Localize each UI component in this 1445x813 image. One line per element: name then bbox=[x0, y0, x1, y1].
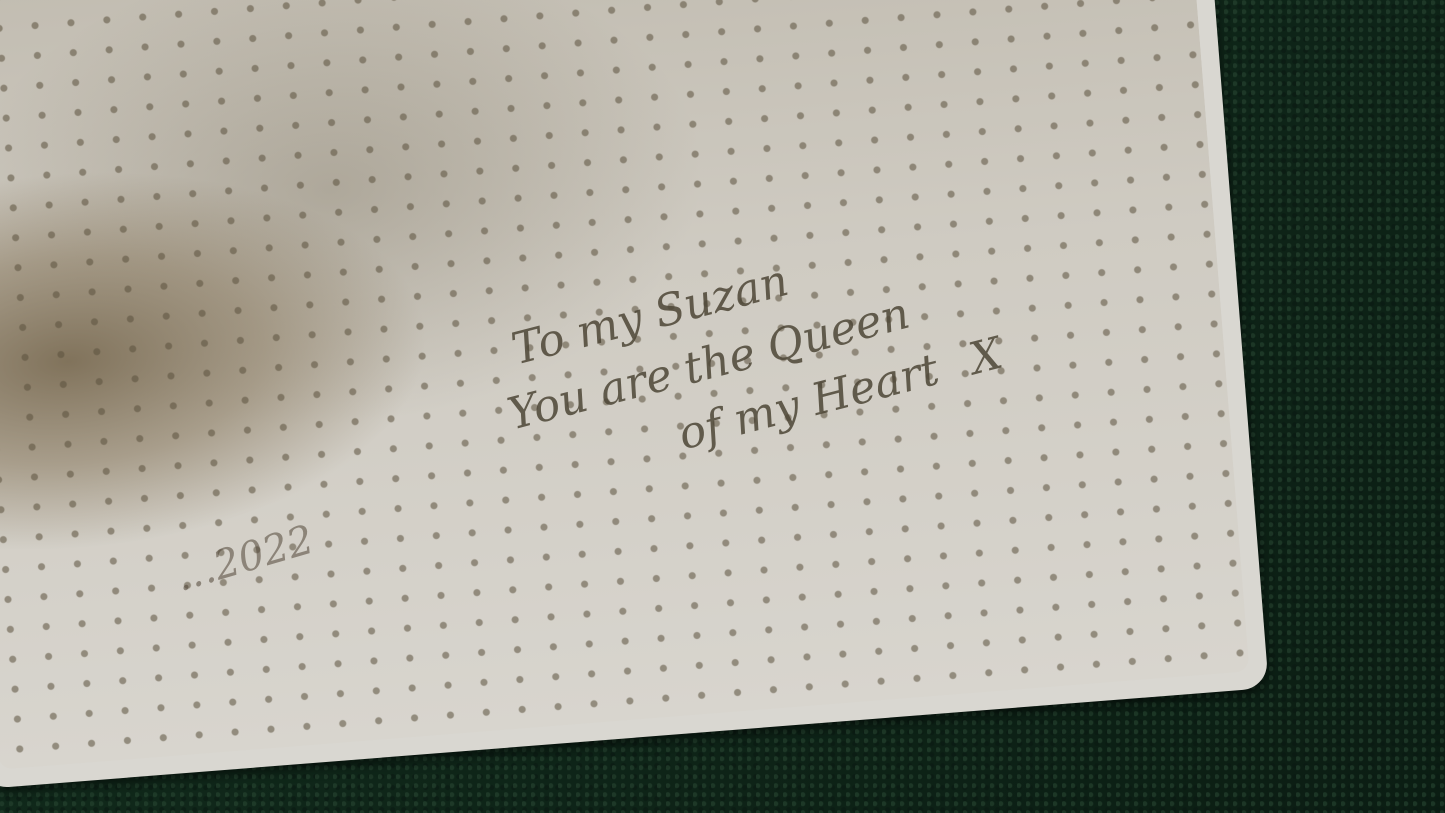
kiss-mark: X bbox=[964, 328, 1007, 385]
card-printed-area: To my Suzan You are the Queen of my Hear… bbox=[0, 0, 1249, 770]
card: To my Suzan You are the Queen of my Hear… bbox=[0, 0, 1269, 789]
handwritten-message: To my Suzan You are the Queen of my Hear… bbox=[486, 203, 1009, 506]
faded-signature: …2022 bbox=[170, 517, 319, 601]
